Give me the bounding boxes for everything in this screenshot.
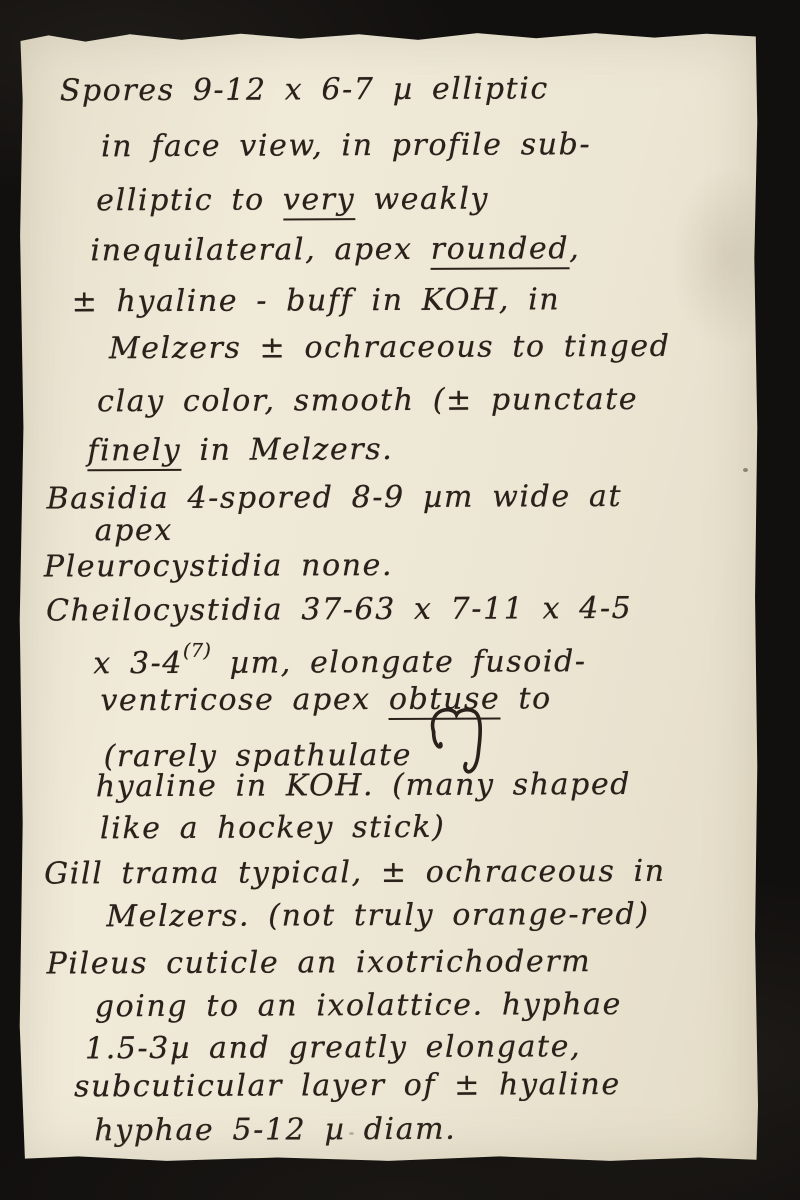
note-text: Melzers ± ochraceous to tinged — [109, 329, 671, 366]
note-text: Spores 9-12 x 6-7 µ elliptic — [60, 71, 549, 108]
note-continuation-line: finely in Melzers. — [87, 432, 393, 468]
note-text: inequilateral, apex — [90, 232, 430, 268]
note-text: Pileus cuticle an ixotrichoderm — [47, 944, 592, 981]
paper-speck — [743, 468, 748, 472]
handwritten-note: Spores 9-12 x 6-7 µ ellipticin face view… — [17, 30, 761, 1163]
note-text: Cheilocystidia 37-63 x 7-11 x 4-5 — [46, 591, 632, 629]
note-continuation-line: clay color, smooth (± punctate — [97, 382, 638, 419]
note-continuation-line: subcuticular layer of ± hyaline — [74, 1067, 621, 1104]
note-text: ventricose apex — [100, 682, 389, 718]
note-text: 1.5-3µ and greatly elongate, — [85, 1029, 581, 1066]
note-text: to — [500, 681, 552, 716]
note-continuation-line: hyphae 5-12 µ diam. — [94, 1112, 456, 1149]
note-text: Pleurocystidia none. — [44, 548, 393, 585]
underlined-word: very — [283, 182, 356, 220]
underlined-word: rounded — [431, 231, 570, 270]
note-entry-line: Spores 9-12 x 6-7 µ elliptic — [60, 71, 549, 108]
note-text: in face view, in profile sub- — [101, 127, 591, 164]
note-continuation-line: in face view, in profile sub- — [101, 127, 591, 164]
note-text: clay color, smooth (± punctate — [97, 382, 638, 419]
note-text: µm, elongate fusoid- — [211, 644, 586, 681]
note-text: Basidia 4-spored 8-9 µm wide at — [46, 479, 622, 517]
note-text: hyaline in KOH. (many shaped — [96, 767, 631, 804]
superscript-annotation: (7) — [183, 640, 212, 662]
note-text: x 3-4 — [93, 646, 183, 681]
spathulate-outline-sketch — [426, 706, 486, 776]
note-entry-line: Pleurocystidia none. — [44, 548, 393, 585]
note-text: subcuticular layer of ± hyaline — [74, 1067, 621, 1104]
paper-speck — [349, 1132, 354, 1135]
note-text: apex — [95, 513, 173, 548]
note-text: ± hyaline - buff in KOH, in — [72, 282, 561, 319]
note-text: Melzers. (not truly orange-red) — [106, 897, 649, 934]
note-entry-line: Pileus cuticle an ixotrichoderm — [47, 944, 592, 981]
note-card: Spores 9-12 x 6-7 µ ellipticin face view… — [19, 32, 758, 1162]
note-continuation-line: 1.5-3µ and greatly elongate, — [85, 1029, 581, 1066]
note-continuation-line: elliptic to very weakly — [96, 182, 489, 219]
note-text: weakly — [355, 182, 489, 218]
note-continuation-line: hyaline in KOH. (many shaped — [96, 767, 631, 804]
note-entry-line: Gill trama typical, ± ochraceous in — [44, 854, 666, 892]
note-text: Gill trama typical, ± ochraceous in — [44, 854, 666, 892]
note-text: like a hockey stick) — [100, 810, 446, 847]
note-text: going to an ixolattice. hyphae — [95, 987, 622, 1024]
note-entry-line: Cheilocystidia 37-63 x 7-11 x 4-5 — [46, 591, 632, 629]
note-entry-line: Basidia 4-spored 8-9 µm wide at — [46, 479, 622, 517]
note-text: hyphae 5-12 µ diam. — [94, 1112, 456, 1149]
underlined-word: finely — [87, 433, 181, 471]
note-text: in Melzers. — [181, 432, 393, 468]
note-continuation-line: Melzers ± ochraceous to tinged — [109, 329, 671, 366]
note-continuation-line: ± hyaline - buff in KOH, in — [72, 282, 561, 319]
note-text: , — [569, 231, 580, 266]
note-continuation-line: inequilateral, apex rounded, — [90, 231, 580, 268]
note-continuation-line: apex — [95, 513, 173, 548]
note-continuation-line: going to an ixolattice. hyphae — [95, 987, 622, 1024]
note-text: elliptic to — [96, 182, 283, 218]
note-continuation-line: Melzers. (not truly orange-red) — [106, 897, 649, 934]
note-continuation-line: x 3-4(7) µm, elongate fusoid- — [93, 644, 586, 681]
note-continuation-line: like a hockey stick) — [100, 810, 446, 847]
paper-speck — [105, 1135, 109, 1139]
